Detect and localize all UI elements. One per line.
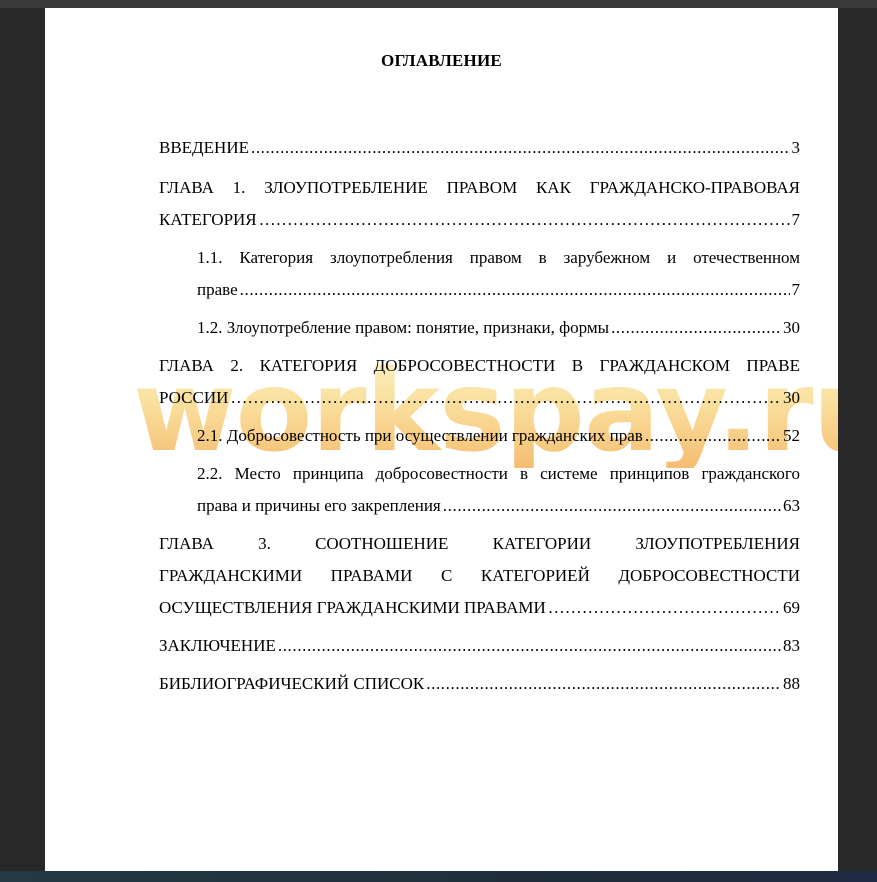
toc-entry-section-1-2[interactable]: 1.2. Злоупотребление правом: понятие, пр…	[159, 312, 800, 344]
dot-leader	[259, 204, 790, 236]
dot-leader	[240, 274, 790, 306]
toc-entry-label: ВВЕДЕНИЕ	[159, 132, 249, 164]
toc-entry-label: 1.2. Злоупотребление правом: понятие, пр…	[197, 312, 609, 344]
toc-entry-section-1-1[interactable]: 1.1. Категория злоупотребления правом в …	[159, 242, 800, 306]
toc-entry-label: 1.1. Категория злоупотребления правом в …	[197, 242, 800, 274]
toc-page-number: 69	[783, 592, 800, 624]
toc-entry-bibliography[interactable]: БИБЛИОГРАФИЧЕСКИЙ СПИСОК 88	[159, 668, 800, 700]
toc-entry-label-cont: права и причины его закрепления	[197, 490, 441, 522]
toc-page-number: 63	[783, 490, 800, 522]
toc-entry-label: ГЛАВА 3. СООТНОШЕНИЕ КАТЕГОРИИ ЗЛОУПОТРЕ…	[159, 528, 800, 560]
table-of-contents: ВВЕДЕНИЕ 3 ГЛАВА 1. ЗЛОУПОТРЕБЛЕНИЕ ПРАВ…	[159, 132, 800, 700]
toc-entry-chapter-3[interactable]: ГЛАВА 3. СООТНОШЕНИЕ КАТЕГОРИИ ЗЛОУПОТРЕ…	[159, 528, 800, 624]
dot-leader	[278, 630, 781, 662]
dot-leader	[251, 132, 790, 164]
dot-leader	[548, 592, 781, 624]
toc-entry-section-2-2[interactable]: 2.2. Место принципа добросовестности в с…	[159, 458, 800, 522]
toc-page-number: 3	[792, 132, 801, 164]
toc-entry-label-cont: праве	[197, 274, 238, 306]
toc-entry-label-cont: ОСУЩЕСТВЛЕНИЯ ГРАЖДАНСКИМИ ПРАВАМИ	[159, 592, 546, 624]
toc-entry-label-cont: КАТЕГОРИЯ	[159, 204, 257, 236]
toc-entry-conclusion[interactable]: ЗАКЛЮЧЕНИЕ 83	[159, 630, 800, 662]
dot-leader	[426, 668, 781, 700]
dot-leader	[230, 382, 781, 414]
toc-page-number: 83	[783, 630, 800, 662]
toc-page-number: 30	[783, 312, 800, 344]
toc-entry-label-cont: ГРАЖДАНСКИМИ ПРАВАМИ С КАТЕГОРИЕЙ ДОБРОС…	[159, 560, 800, 592]
toc-entry-chapter-1[interactable]: ГЛАВА 1. ЗЛОУПОТРЕБЛЕНИЕ ПРАВОМ КАК ГРАЖ…	[159, 172, 800, 236]
page-title: ОГЛАВЛЕНИЕ	[45, 51, 838, 71]
dot-leader	[645, 420, 781, 452]
toc-entry-label: ГЛАВА 2. КАТЕГОРИЯ ДОБРОСОВЕСТНОСТИ В ГР…	[159, 350, 800, 382]
toc-entry-label: 2.1. Добросовестность при осуществлении …	[197, 420, 643, 452]
toc-page-number: 30	[783, 382, 800, 414]
toc-entry-introduction[interactable]: ВВЕДЕНИЕ 3	[159, 132, 800, 164]
taskbar	[0, 871, 877, 882]
toc-page-number: 52	[783, 420, 800, 452]
toc-entry-label: БИБЛИОГРАФИЧЕСКИЙ СПИСОК	[159, 668, 424, 700]
toc-entry-label: ГЛАВА 1. ЗЛОУПОТРЕБЛЕНИЕ ПРАВОМ КАК ГРАЖ…	[159, 172, 800, 204]
toc-entry-label: 2.2. Место принципа добросовестности в с…	[197, 458, 800, 490]
viewer-toolbar	[0, 0, 877, 8]
toc-page-number: 7	[792, 204, 801, 236]
toc-page-number: 88	[783, 668, 800, 700]
toc-entry-label-cont: РОССИИ	[159, 382, 228, 414]
document-page: 7 ОГЛАВЛЕНИЕ workspay.ru ВВЕДЕНИЕ 3 ГЛАВ…	[45, 0, 838, 871]
toc-entry-section-2-1[interactable]: 2.1. Добросовестность при осуществлении …	[159, 420, 800, 452]
toc-entry-chapter-2[interactable]: ГЛАВА 2. КАТЕГОРИЯ ДОБРОСОВЕСТНОСТИ В ГР…	[159, 350, 800, 414]
toc-entry-label: ЗАКЛЮЧЕНИЕ	[159, 630, 276, 662]
dot-leader	[611, 312, 781, 344]
dot-leader	[443, 490, 781, 522]
toc-page-number: 7	[792, 274, 801, 306]
